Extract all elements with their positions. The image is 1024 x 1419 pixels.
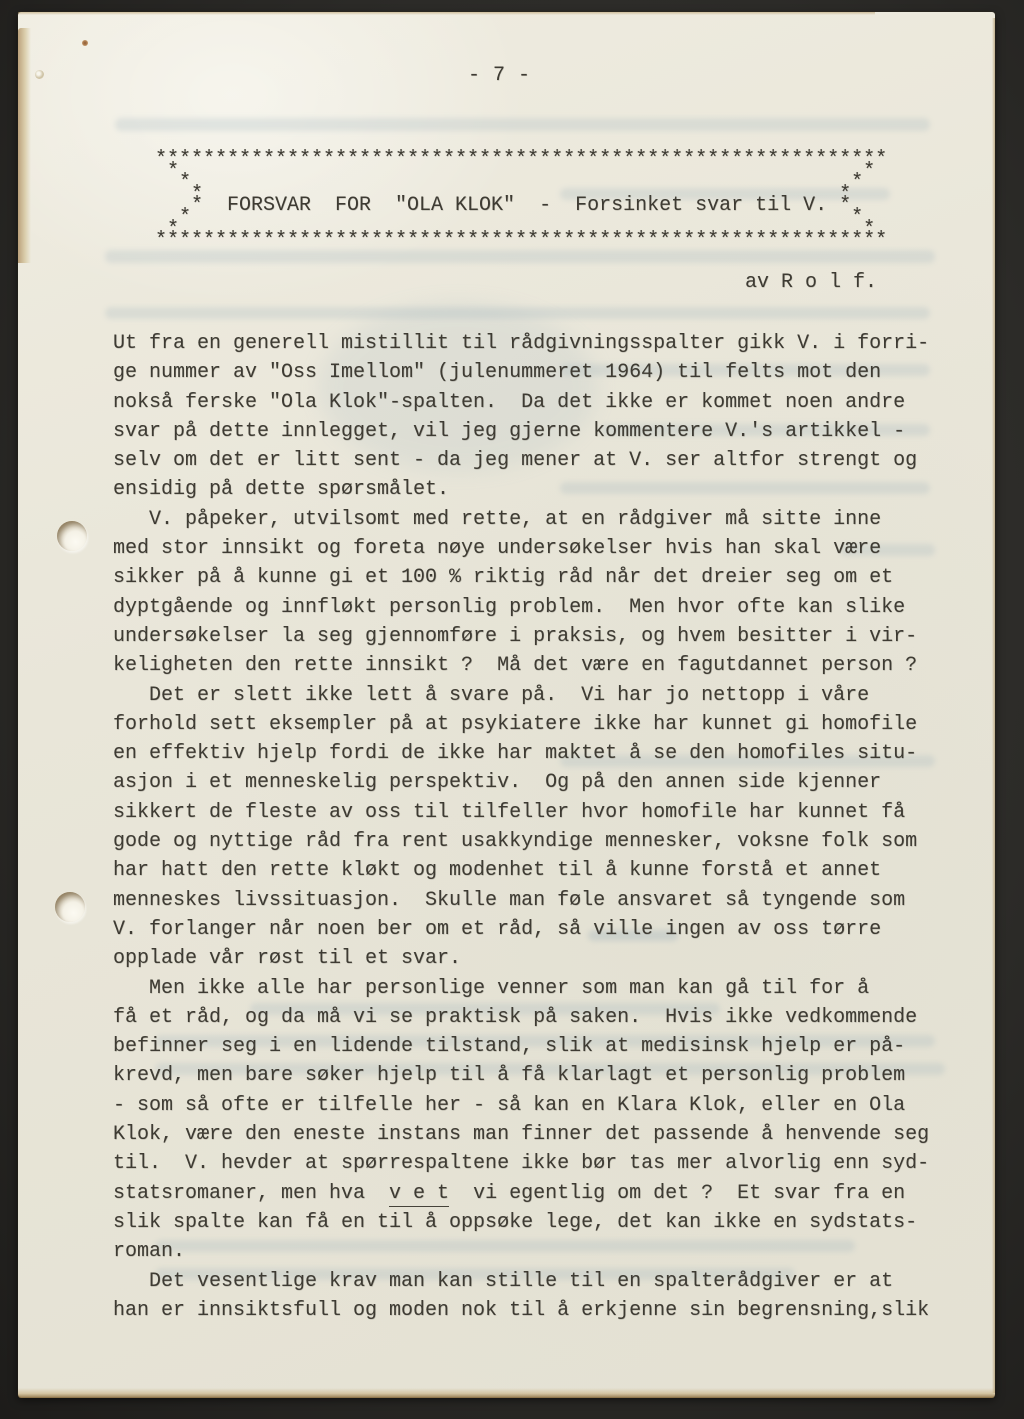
text-line: opplade vår røst til et svar. — [113, 944, 929, 973]
text-line: nokså ferske "Ola Klok"-spalten. Da det … — [113, 388, 929, 417]
page-number: - 7 - — [468, 64, 531, 87]
text-line: til. V. hevder at spørrespaltene ikke bø… — [113, 1149, 929, 1178]
text-line: roman. — [113, 1237, 929, 1266]
text-line: statsromaner, men hva v e t vi egentlig … — [113, 1179, 929, 1208]
title-asterisk-box: ****************************************… — [155, 154, 887, 247]
underlined-word: v e t — [389, 1182, 449, 1207]
bleed-through-mark — [115, 118, 930, 131]
text-line: slik spalte kan få en til å oppsøke lege… — [113, 1208, 929, 1237]
scan-background: { "colors": { "paper": "#e9e6d9", "ink":… — [0, 0, 1024, 1419]
text-line: Det er slett ikke lett å svare på. Vi ha… — [113, 681, 929, 710]
text-line: undersøkelser la seg gjennomføre i praks… — [113, 622, 929, 651]
page-edge-bottom — [18, 1388, 995, 1398]
text-segment: statsromaner, men hva — [113, 1182, 389, 1205]
text-line: krevd, men bare søker hjelp til å få kla… — [113, 1061, 929, 1090]
text-line: menneskes livssituasjon. Skulle man føle… — [113, 886, 929, 915]
text-line: ensidig på dette spørsmålet. — [113, 475, 929, 504]
bleed-through-mark — [105, 307, 930, 319]
text-line: dyptgående og innfløkt personlig problem… — [113, 593, 929, 622]
page-stack-edge — [18, 28, 31, 263]
text-line: - som så ofte er tilfelle her - så kan e… — [113, 1091, 929, 1120]
text-line: sikker på å kunne gi et 100 % riktig råd… — [113, 563, 929, 592]
page-edge-right — [992, 18, 995, 1393]
body-text: Ut fra en generell mistillit til rådgivn… — [113, 329, 929, 1325]
text-line: ge nummer av "Oss Imellom" (julenummeret… — [113, 358, 929, 387]
text-line: selv om det er litt sent - da jeg mener … — [113, 446, 929, 475]
text-line: keligheten den rette innsikt ? Må det væ… — [113, 651, 929, 680]
hole-punch-bottom — [55, 892, 85, 922]
text-line: V. forlanger når noen ber om et råd, så … — [113, 915, 929, 944]
text-line: har hatt den rette kløkt og modenhet til… — [113, 856, 929, 885]
hole-punch-top — [57, 521, 87, 551]
text-line: med stor innsikt og foreta nøye undersøk… — [113, 534, 929, 563]
text-line: svar på dette innlegget, vil jeg gjerne … — [113, 417, 929, 446]
text-line: Ut fra en generell mistillit til rådgivn… — [113, 329, 929, 358]
text-line: Det vesentlige krav man kan stille til e… — [113, 1267, 929, 1296]
text-line: han er innsiktsfull og moden nok til å e… — [113, 1296, 929, 1325]
text-line: Klok, være den eneste instans man finner… — [113, 1120, 929, 1149]
text-line: Men ikke alle har personlige venner som … — [113, 974, 929, 1003]
byline: av R o l f. — [745, 271, 877, 294]
text-line: V. påpeker, utvilsomt med rette, at en r… — [113, 505, 929, 534]
text-line: sikkert de fleste av oss til tilfeller h… — [113, 798, 929, 827]
text-line: gode og nyttige råd fra rent usakkyndige… — [113, 827, 929, 856]
rust-spot — [35, 70, 44, 79]
document-page: - 7 - **********************************… — [18, 12, 995, 1397]
text-line: en effektiv hjelp fordi de ikke har makt… — [113, 739, 929, 768]
page-edge-top — [18, 12, 875, 15]
text-line: asjon i et menneskelig perspektiv. Og på… — [113, 768, 929, 797]
rust-spot — [82, 40, 88, 46]
text-segment: vi egentlig om det ? Et svar fra en — [449, 1182, 905, 1205]
text-line: befinner seg i en lidende tilstand, slik… — [113, 1032, 929, 1061]
text-line: forhold sett eksempler på at psykiatere … — [113, 710, 929, 739]
text-line: få et råd, og da må vi se praktisk på sa… — [113, 1003, 929, 1032]
